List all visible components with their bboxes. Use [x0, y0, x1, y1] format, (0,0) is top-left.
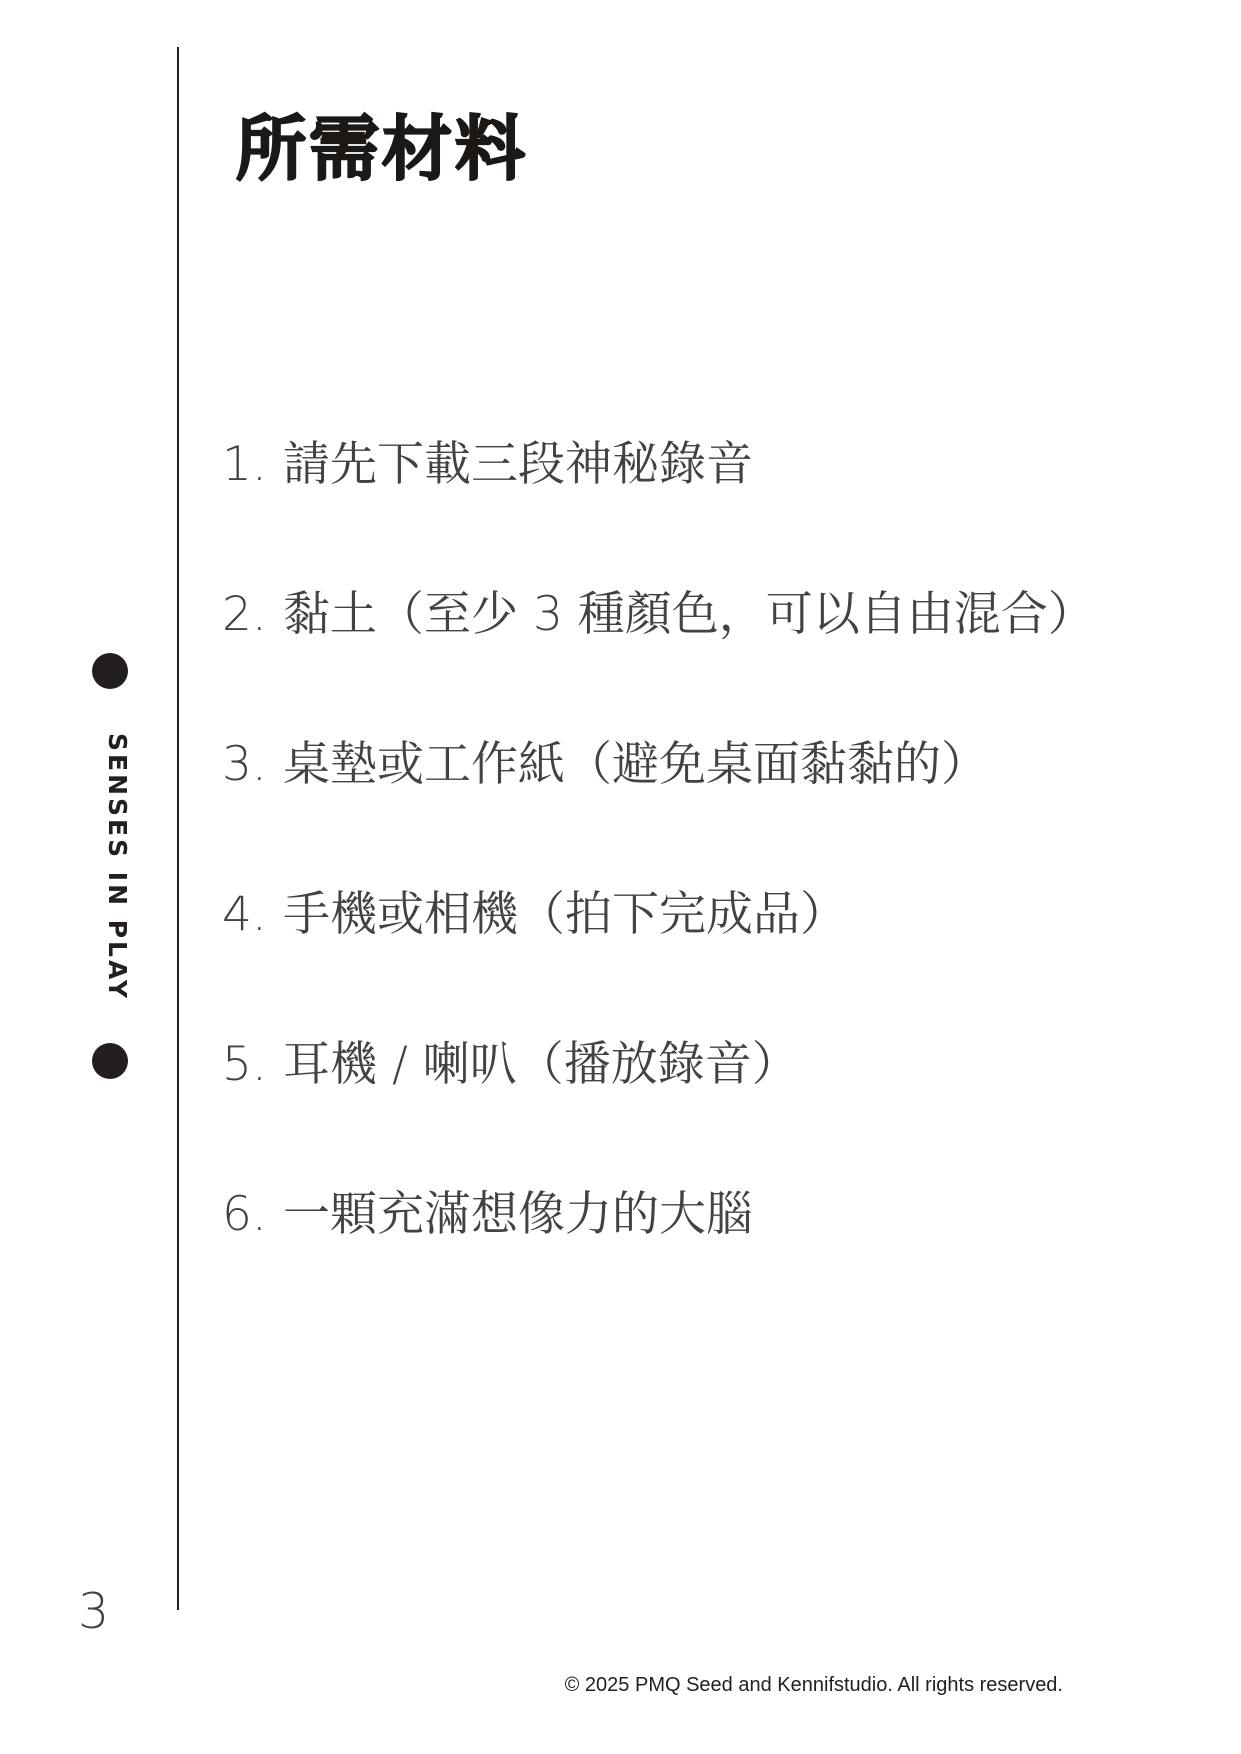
list-item-number: 2. — [222, 586, 283, 643]
list-item-text: 請先下載三段神秘錄音 — [283, 436, 753, 493]
list-item: 1. 請先下載三段神秘錄音 — [222, 436, 1095, 493]
page-number: 3 — [78, 1583, 109, 1640]
list-item-text: 桌墊或工作紙（避免桌面黏黏的） — [283, 736, 988, 793]
list-item-number: 5. — [222, 1036, 283, 1093]
list-item: 2. 黏土（至少 3 種顏色，可以自由混合） — [222, 586, 1095, 643]
vertical-divider — [177, 47, 179, 1610]
list-item: 6. 一顆充滿想像力的大腦 — [222, 1186, 1095, 1243]
bullet-dot-icon — [92, 653, 128, 689]
list-item-number: 1. — [222, 436, 283, 493]
copyright-text: © 2025 PMQ Seed and Kennifstudio. All ri… — [565, 1674, 1063, 1697]
document-page: 所需材料 1. 請先下載三段神秘錄音 2. 黏土（至少 3 種顏色，可以自由混合… — [0, 0, 1241, 1754]
list-item-number: 6. — [222, 1186, 283, 1243]
bullet-dot-icon — [92, 1043, 128, 1079]
list-item-text: 手機或相機（拍下完成品） — [283, 886, 847, 943]
sidebar-series-label: SENSES IN PLAY — [103, 733, 132, 991]
list-item: 5. 耳機 / 喇叭（播放錄音） — [222, 1036, 1095, 1093]
materials-list: 1. 請先下載三段神秘錄音 2. 黏土（至少 3 種顏色，可以自由混合） 3. … — [222, 436, 1095, 1243]
list-item-number: 4. — [222, 886, 283, 943]
list-item-text: 一顆充滿想像力的大腦 — [283, 1186, 753, 1243]
list-item: 4. 手機或相機（拍下完成品） — [222, 886, 1095, 943]
list-item-text: 黏土（至少 3 種顏色，可以自由混合） — [283, 586, 1095, 643]
list-item-text: 耳機 / 喇叭（播放錄音） — [283, 1036, 799, 1093]
list-item: 3. 桌墊或工作紙（避免桌面黏黏的） — [222, 736, 1095, 793]
list-item-number: 3. — [222, 736, 283, 793]
page-title: 所需材料 — [236, 108, 528, 190]
